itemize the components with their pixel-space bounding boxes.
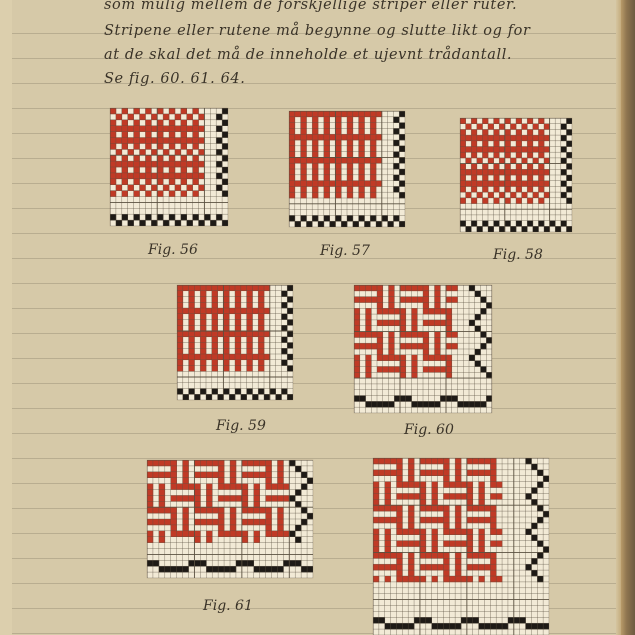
fig-60-caption: Fig. 60 [404, 422, 454, 438]
fig-61-weave-draft [147, 460, 313, 578]
fig-61-caption: Fig. 61 [203, 598, 253, 614]
fig-64-weave-draft [373, 458, 549, 635]
text-line-3: at de skal det må de inneholde et ujevnt… [104, 47, 512, 63]
fig-56-caption: Fig. 56 [148, 242, 198, 258]
fig-58-weave-draft [460, 118, 572, 232]
text-line-2: Stripene eller rutene må begynne og slut… [104, 23, 531, 39]
fig-57-caption: Fig. 57 [320, 243, 370, 259]
text-line-1: som mulig mellem de forskjellige striper… [104, 0, 517, 13]
fig-60-weave-draft [354, 285, 492, 413]
fig-56-weave-draft [110, 108, 228, 226]
text-line-4: Se fig. 60. 61. 64. [104, 71, 245, 87]
fig-59-caption: Fig. 59 [216, 418, 266, 434]
fig-59-weave-draft [177, 285, 293, 400]
book-spine [621, 0, 635, 635]
fig-57-weave-draft [289, 111, 405, 227]
fig-58-caption: Fig. 58 [493, 247, 543, 263]
